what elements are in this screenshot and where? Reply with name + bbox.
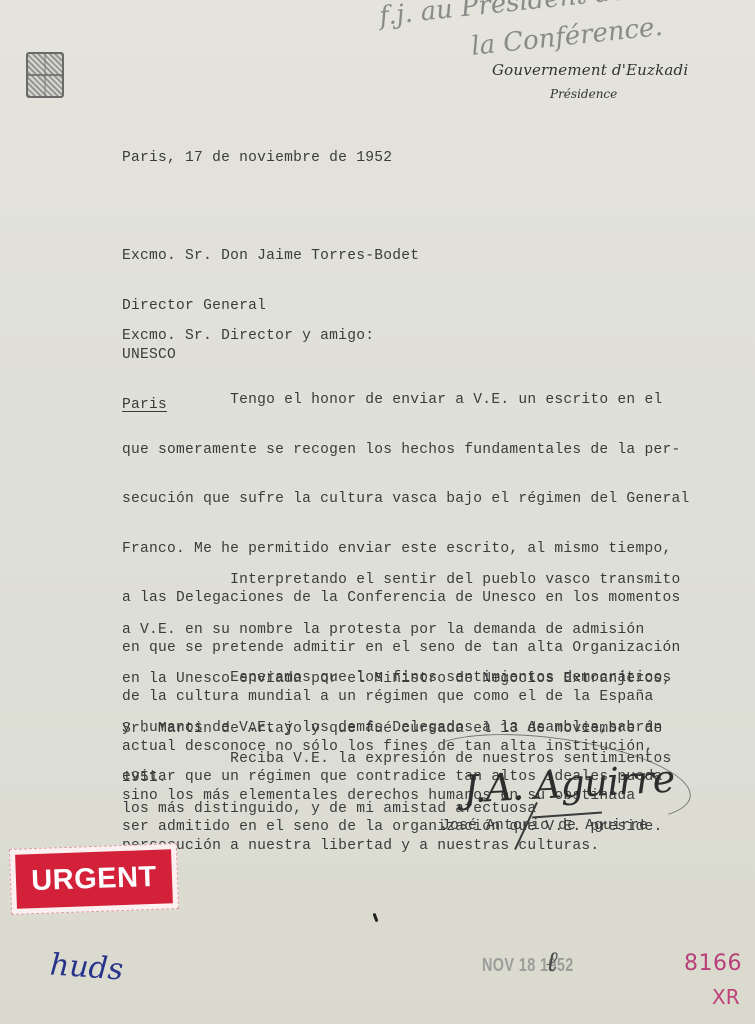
reference-initials: XR xyxy=(712,985,740,1009)
urgent-label: URGENT xyxy=(31,860,158,897)
reference-number: 8166 xyxy=(684,951,742,976)
urgent-label-background: URGENT xyxy=(15,849,173,908)
stamp-scribble: ℓ xyxy=(546,945,558,979)
salutation: Excmo. Sr. Director y amigo: xyxy=(122,328,374,345)
text-line: Tengo el honor de enviar a V.E. un escri… xyxy=(122,392,689,409)
letterhead-organization: Gouvernement d'Euzkadi xyxy=(492,61,688,79)
text-line: a V.E. en su nombre la protesta por la d… xyxy=(122,622,680,639)
ink-mark xyxy=(373,913,379,922)
recipient-line: Director General xyxy=(122,298,419,315)
text-line: Interpretando el sentir del pueblo vasco… xyxy=(122,572,680,589)
basque-coat-of-arms-icon xyxy=(26,52,64,98)
letter-page: Gouvernement d'Euzkadi Présidence f.j. a… xyxy=(0,0,755,1024)
signer-name: José Antonio de Aguirre xyxy=(441,818,648,835)
blue-ink-initials: huds xyxy=(49,947,125,987)
urgent-sticker: URGENT xyxy=(9,843,179,915)
text-line: que someramente se recogen los hechos fu… xyxy=(122,442,689,459)
recipient-line: Excmo. Sr. Don Jaime Torres-Bodet xyxy=(122,248,419,265)
pencil-annotation-line-2: la Conférence. xyxy=(470,14,664,60)
text-line: Esperamos que los finos sentimientos dem… xyxy=(122,670,671,687)
letterhead-department: Présidence xyxy=(550,87,617,101)
received-date-stamp: NOV 18 1952 xyxy=(482,955,574,976)
text-line: secución que sufre la cultura vasca bajo… xyxy=(122,491,689,508)
letter-date: Paris, 17 de noviembre de 1952 xyxy=(122,150,392,167)
